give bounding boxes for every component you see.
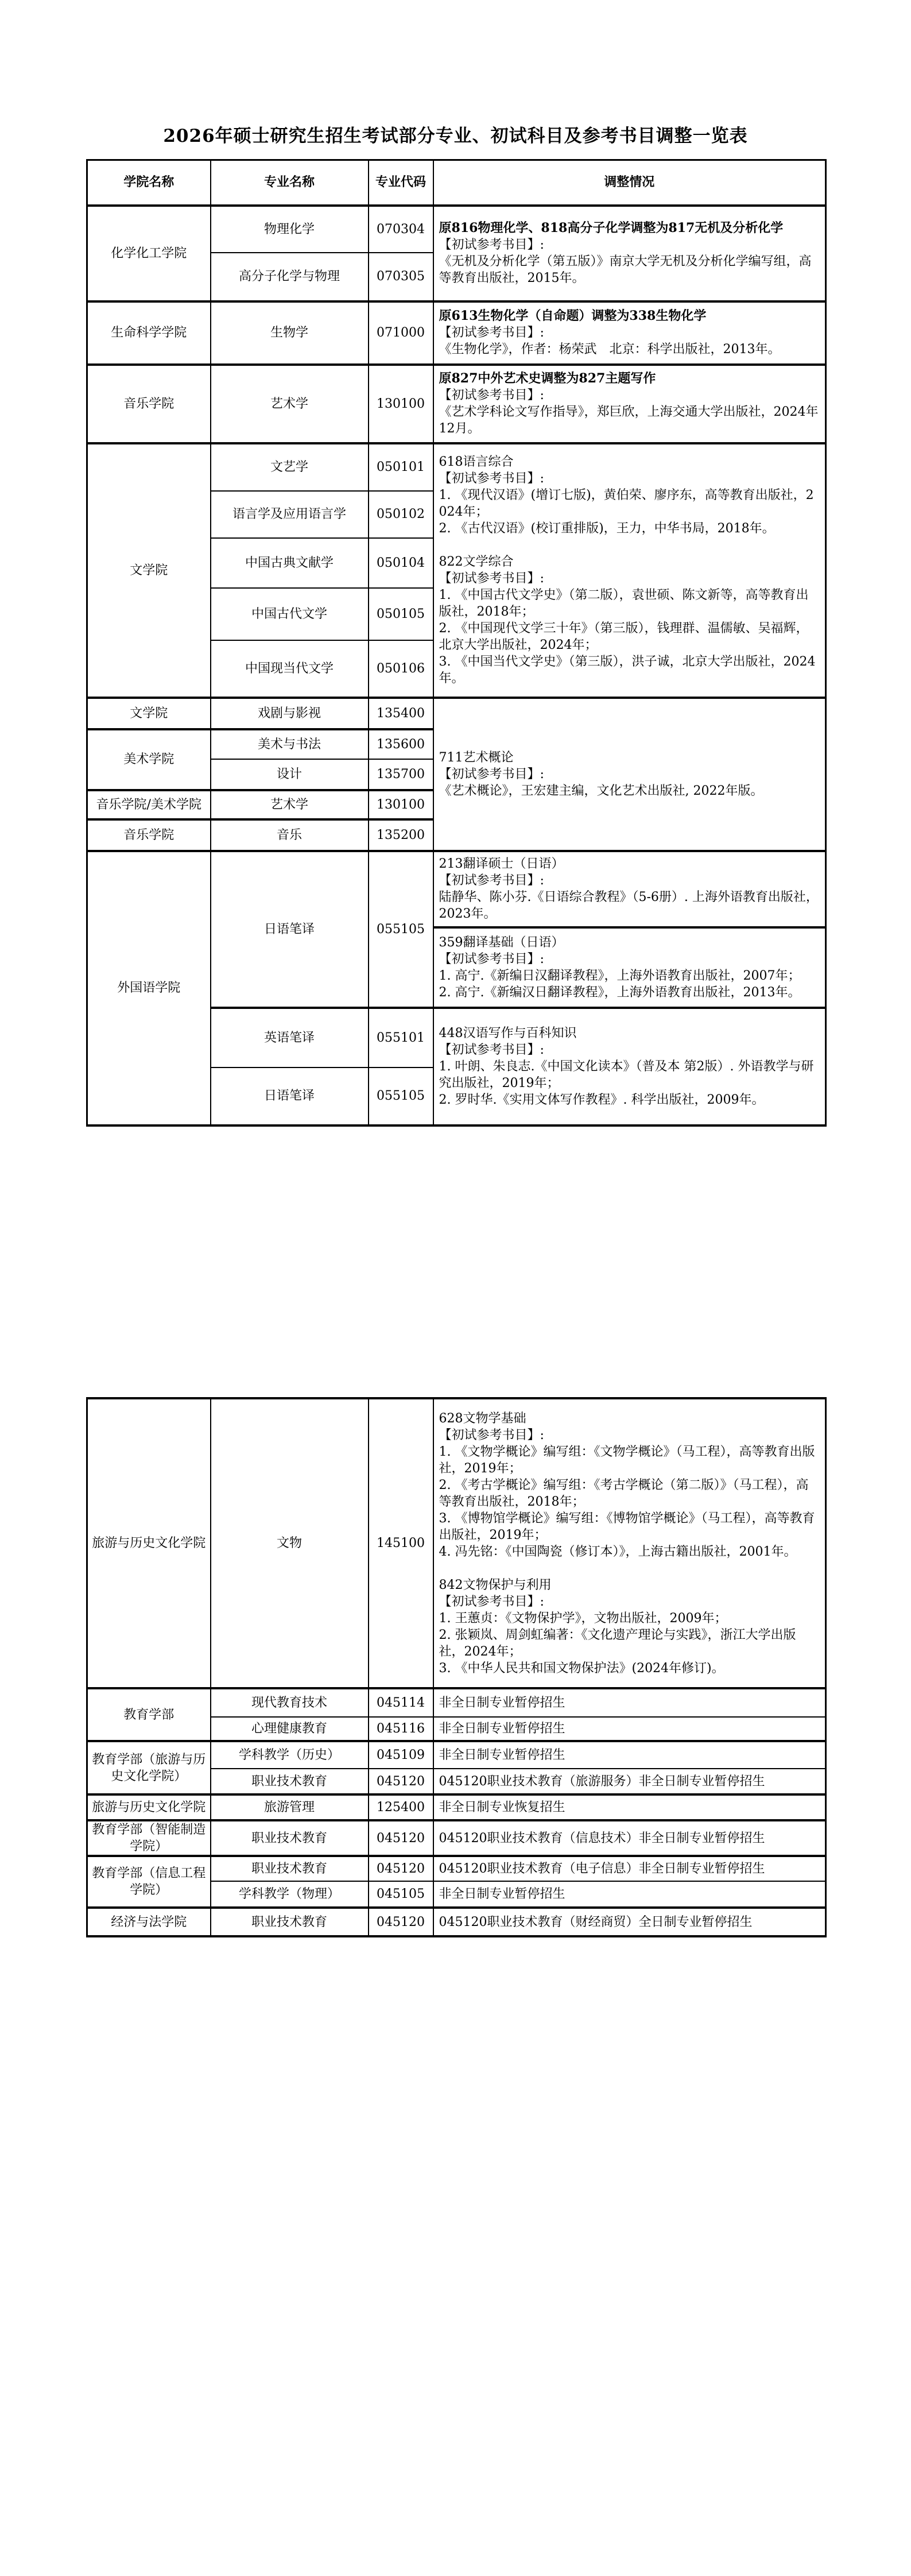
code-cell: 050105	[369, 588, 433, 640]
code-cell: 050101	[369, 443, 433, 491]
major-cell: 职业技术教育	[211, 1908, 369, 1936]
major-cell: 职业技术教育	[211, 1769, 369, 1794]
adjustment-cell: 非全日制专业暂停招生	[433, 1741, 826, 1769]
adjustment-cell: 非全日制专业暂停招生	[433, 1717, 826, 1741]
text-line: 2. 《古代汉语》(校订重排版)，王力，中华书局，2018年。	[439, 520, 820, 537]
college-cell: 文学院	[87, 443, 211, 698]
code-cell: 135700	[369, 759, 433, 790]
adjustment-cell: 628文物学基础 【初试参考书目】: 1. 《文物学概论》编写组：《文物学概论》…	[433, 1398, 826, 1688]
text-line: 842文物保护与利用	[439, 1577, 820, 1593]
table-row: 音乐学院 艺术学 130100 原827中外艺术史调整为827主题写作 【初试参…	[87, 365, 826, 443]
adjustment-cell: 359翻译基础（日语） 【初试参考书目】: 1. 高宁.《新编日汉翻译教程》，上…	[433, 927, 826, 1008]
code-cell: 055101	[369, 1008, 433, 1067]
code-cell: 130100	[369, 790, 433, 819]
major-cell: 美术与书法	[211, 729, 369, 759]
major-cell: 生物学	[211, 301, 369, 365]
college-cell: 音乐学院	[87, 819, 211, 851]
text-line: 628文物学基础	[439, 1410, 820, 1427]
adjustment-cell: 213翻译硕士（日语） 【初试参考书目】: 陆静华、陈小芬.《日语综合教程》（5…	[433, 851, 826, 927]
text-line: 2. 《中国现代文学三十年》（第三版），钱理群、温儒敏、吴福辉，北京大学出版社，…	[439, 620, 820, 653]
major-cell: 文艺学	[211, 443, 369, 491]
text-line: 2. 高宁.《新编汉日翻译教程》，上海外语教育出版社，2013年。	[439, 984, 820, 1001]
text-line: 【初试参考书目】:	[439, 951, 820, 968]
text-line: 1. 《文物学概论》编写组：《文物学概论》（马工程），高等教育出版社，2019年…	[439, 1444, 820, 1477]
text-line: 【初试参考书目】:	[439, 1593, 820, 1610]
code-cell: 055105	[369, 851, 433, 1008]
text-line: 1. 高宁.《新编日汉翻译教程》，上海外语教育出版社，2007年；	[439, 968, 820, 984]
document-page: 2026年硕士研究生招生考试部分专业、初试科目及参考书目调整一览表 学院名称 专…	[0, 0, 911, 2576]
major-cell: 中国现当代文学	[211, 640, 369, 698]
major-cell: 中国古代文学	[211, 588, 369, 640]
major-cell: 学科教学（历史）	[211, 1741, 369, 1769]
code-cell: 071000	[369, 301, 433, 365]
text-line: 822文学综合	[439, 554, 820, 570]
text-line: 213翻译硕士（日语）	[439, 856, 820, 872]
code-cell: 045116	[369, 1717, 433, 1741]
adjustment-table-1: 学院名称 专业名称 专业代码 调整情况 化学化工学院 物理化学 070304 原…	[86, 159, 827, 1127]
text-line: 359翻译基础（日语）	[439, 934, 820, 951]
code-cell: 045120	[369, 1769, 433, 1794]
college-cell: 化学化工学院	[87, 206, 211, 301]
text-line: 【初试参考书目】:	[439, 1427, 820, 1444]
text-line: 3. 《中华人民共和国文物保护法》(2024年修订)。	[439, 1660, 820, 1677]
major-cell: 艺术学	[211, 790, 369, 819]
code-cell: 045109	[369, 1741, 433, 1769]
text-line: 【初试参考书目】:	[439, 872, 820, 889]
text-line: 【初试参考书目】:	[439, 470, 820, 487]
major-cell: 高分子化学与物理	[211, 253, 369, 301]
college-cell: 旅游与历史文化学院	[87, 1398, 211, 1688]
college-cell: 生命科学学院	[87, 301, 211, 365]
text-line: 【初试参考书目】:	[439, 387, 820, 404]
text-line: 【初试参考书目】:	[439, 237, 820, 253]
header-major: 专业名称	[211, 160, 369, 206]
major-cell: 中国古典文献学	[211, 538, 369, 588]
text-line: 1. 叶朗、朱良志.《中国文化读本》（普及本 第2版）. 外语教学与研究出版社，…	[439, 1058, 820, 1092]
major-cell: 英语笔译	[211, 1008, 369, 1067]
text-line: 3. 《博物馆学概论》编写组：《博物馆学概论》（马工程），高等教育出版社，201…	[439, 1510, 820, 1544]
adjustment-cell: 045120职业技术教育（旅游服务）非全日制专业暂停招生	[433, 1769, 826, 1794]
code-cell: 070304	[369, 206, 433, 253]
code-cell: 070305	[369, 253, 433, 301]
major-cell: 语言学及应用语言学	[211, 491, 369, 538]
code-cell: 135200	[369, 819, 433, 851]
college-cell: 音乐学院/美术学院	[87, 790, 211, 819]
college-cell: 旅游与历史文化学院	[87, 1794, 211, 1820]
major-cell: 戏剧与影视	[211, 698, 369, 729]
major-cell: 设计	[211, 759, 369, 790]
text-line: 《艺术学科论文写作指导》，郑巨欣，上海交通大学出版社，2024年12月。	[439, 404, 820, 437]
text-line: 《无机及分析化学（第五版）》南京大学无机及分析化学编写组，高等教育出版社，201…	[439, 253, 820, 287]
text-line: 原827中外艺术史调整为827主题写作	[439, 370, 820, 387]
adjustment-cell: 711艺术概论 【初试参考书目】: 《艺术概论》，王宏建主编，文化艺术出版社, …	[433, 698, 826, 851]
text-line: 【初试参考书目】:	[439, 766, 820, 783]
text-line: 《生物化学》，作者：杨荣武 北京：科学出版社，2013年。	[439, 341, 820, 358]
code-cell: 045120	[369, 1856, 433, 1881]
code-cell: 125400	[369, 1794, 433, 1820]
table-header-row: 学院名称 专业名称 专业代码 调整情况	[87, 160, 826, 206]
text-line: 【初试参考书目】:	[439, 324, 820, 341]
adjustment-cell: 448汉语写作与百科知识 【初试参考书目】: 1. 叶朗、朱良志.《中国文化读本…	[433, 1008, 826, 1125]
adjustment-cell: 045120职业技术教育（电子信息）非全日制专业暂停招生	[433, 1856, 826, 1881]
header-adjustment: 调整情况	[433, 160, 826, 206]
table-row: 文学院 戏剧与影视 135400 711艺术概论 【初试参考书目】: 《艺术概论…	[87, 698, 826, 729]
code-cell: 145100	[369, 1398, 433, 1688]
text-line: 448汉语写作与百科知识	[439, 1025, 820, 1042]
code-cell: 135600	[369, 729, 433, 759]
text-line: 《艺术概论》，王宏建主编，文化艺术出版社, 2022年版。	[439, 783, 820, 799]
text-line: 陆静华、陈小芬.《日语综合教程》（5-6册）. 上海外语教育出版社，2023年。	[439, 889, 820, 922]
code-cell: 050104	[369, 538, 433, 588]
college-cell: 外国语学院	[87, 851, 211, 1125]
code-cell: 045114	[369, 1688, 433, 1717]
text-line: 3. 《中国当代文学史》（第三版），洪子诚，北京大学出版社，2024年。	[439, 653, 820, 687]
major-cell: 职业技术教育	[211, 1820, 369, 1856]
adjustment-cell: 原613生物化学（自命题）调整为338生物化学 【初试参考书目】: 《生物化学》…	[433, 301, 826, 365]
code-cell: 130100	[369, 365, 433, 443]
page-title: 2026年硕士研究生招生考试部分专业、初试科目及参考书目调整一览表	[0, 121, 911, 147]
major-cell: 日语笔译	[211, 1067, 369, 1125]
college-cell: 教育学部（智能制造学院）	[87, 1820, 211, 1856]
code-cell: 045120	[369, 1908, 433, 1936]
text-line: 原816物理化学、818高分子化学调整为817无机及分析化学	[439, 220, 820, 237]
text-line: 【初试参考书目】:	[439, 1042, 820, 1058]
code-cell: 050106	[369, 640, 433, 698]
table-row: 文学院 文艺学 050101 618语言综合 【初试参考书目】: 1. 《现代汉…	[87, 443, 826, 491]
table-row: 化学化工学院 物理化学 070304 原816物理化学、818高分子化学调整为8…	[87, 206, 826, 253]
code-cell: 055105	[369, 1067, 433, 1125]
text-line: 原613生物化学（自命题）调整为338生物化学	[439, 308, 820, 324]
college-cell: 美术学院	[87, 729, 211, 790]
text-line: 618语言综合	[439, 454, 820, 470]
table-row: 教育学部（信息工程学院） 职业技术教育 045120 045120职业技术教育（…	[87, 1856, 826, 1881]
major-cell: 日语笔译	[211, 851, 369, 1008]
college-cell: 经济与法学院	[87, 1908, 211, 1936]
table-row: 教育学部（智能制造学院） 职业技术教育 045120 045120职业技术教育（…	[87, 1820, 826, 1856]
table-row: 旅游与历史文化学院 文物 145100 628文物学基础 【初试参考书目】: 1…	[87, 1398, 826, 1688]
text-line: 711艺术概论	[439, 749, 820, 766]
table-row: 教育学部（旅游与历史文化学院） 学科教学（历史） 045109 非全日制专业暂停…	[87, 1741, 826, 1769]
adjustment-cell: 原827中外艺术史调整为827主题写作 【初试参考书目】: 《艺术学科论文写作指…	[433, 365, 826, 443]
major-cell: 心理健康教育	[211, 1717, 369, 1741]
college-cell: 音乐学院	[87, 365, 211, 443]
code-cell: 045105	[369, 1881, 433, 1908]
adjustment-cell: 非全日制专业暂停招生	[433, 1688, 826, 1717]
text-line: 1. 《现代汉语》(增订七版)，黄伯荣、廖序东，高等教育出版社，2024年；	[439, 487, 820, 520]
text-line: 2. 张颖岚、周剑虹编著：《文化遗产理论与实践》，浙江大学出版社，2024年；	[439, 1627, 820, 1660]
table-row: 旅游与历史文化学院 旅游管理 125400 非全日制专业恢复招生	[87, 1794, 826, 1820]
major-cell: 文物	[211, 1398, 369, 1688]
adjustment-table-2: 旅游与历史文化学院 文物 145100 628文物学基础 【初试参考书目】: 1…	[86, 1397, 827, 1937]
college-cell: 文学院	[87, 698, 211, 729]
adjustment-cell: 非全日制专业恢复招生	[433, 1794, 826, 1820]
college-cell: 教育学部（信息工程学院）	[87, 1856, 211, 1908]
text-line: 4. 冯先铭：《中国陶瓷（修订本）》，上海古籍出版社，2001年。	[439, 1544, 820, 1560]
text-line: 2. 《考古学概论》编写组：《考古学概论（第二版）》（马工程），高等教育出版社，…	[439, 1477, 820, 1510]
text-line: 2. 罗时华.《实用文体写作教程》. 科学出版社，2009年。	[439, 1092, 820, 1108]
text-line: 【初试参考书目】:	[439, 570, 820, 587]
adjustment-cell: 045120职业技术教育（财经商贸）全日制专业暂停招生	[433, 1908, 826, 1936]
table-row: 经济与法学院 职业技术教育 045120 045120职业技术教育（财经商贸）全…	[87, 1908, 826, 1936]
code-cell: 135400	[369, 698, 433, 729]
table-row: 教育学部 现代教育技术 045114 非全日制专业暂停招生	[87, 1688, 826, 1717]
college-cell: 教育学部	[87, 1688, 211, 1741]
college-cell: 教育学部（旅游与历史文化学院）	[87, 1741, 211, 1794]
major-cell: 学科教学（物理）	[211, 1881, 369, 1908]
table-row: 外国语学院 日语笔译 055105 213翻译硕士（日语） 【初试参考书目】: …	[87, 851, 826, 927]
header-code: 专业代码	[369, 160, 433, 206]
major-cell: 职业技术教育	[211, 1856, 369, 1881]
adjustment-cell: 045120职业技术教育（信息技术）非全日制专业暂停招生	[433, 1820, 826, 1856]
major-cell: 艺术学	[211, 365, 369, 443]
adjustment-cell: 非全日制专业暂停招生	[433, 1881, 826, 1908]
major-cell: 现代教育技术	[211, 1688, 369, 1717]
adjustment-cell: 618语言综合 【初试参考书目】: 1. 《现代汉语》(增订七版)，黄伯荣、廖序…	[433, 443, 826, 698]
adjustment-cell: 原816物理化学、818高分子化学调整为817无机及分析化学 【初试参考书目】:…	[433, 206, 826, 301]
code-cell: 050102	[369, 491, 433, 538]
text-line: 1. 王蕙贞：《文物保护学》，文物出版社，2009年；	[439, 1610, 820, 1627]
major-cell: 物理化学	[211, 206, 369, 253]
table-row: 生命科学学院 生物学 071000 原613生物化学（自命题）调整为338生物化…	[87, 301, 826, 365]
major-cell: 音乐	[211, 819, 369, 851]
header-college: 学院名称	[87, 160, 211, 206]
major-cell: 旅游管理	[211, 1794, 369, 1820]
code-cell: 045120	[369, 1820, 433, 1856]
text-line: 1. 《中国古代文学史》（第二版），袁世硕、陈文新等，高等教育出版社，2018年…	[439, 587, 820, 620]
